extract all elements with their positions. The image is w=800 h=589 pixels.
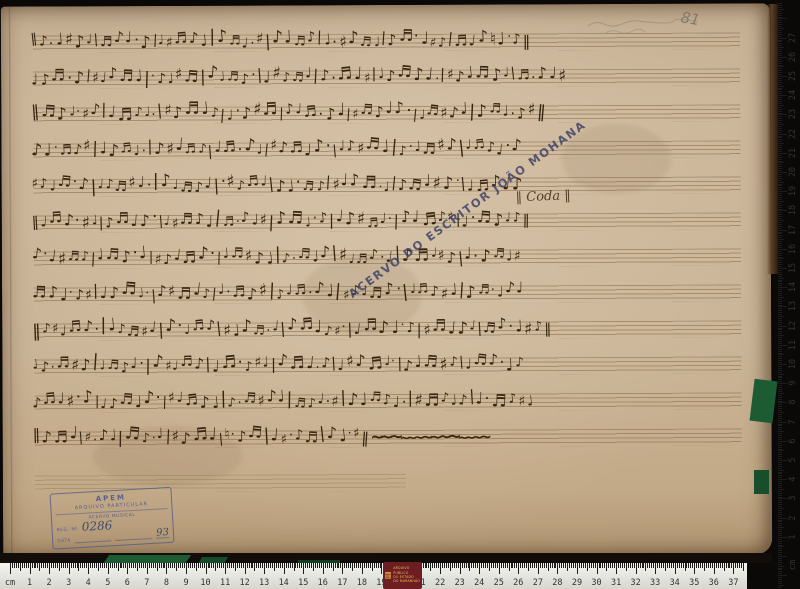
apem-reg-number: 0286 <box>82 520 113 532</box>
apem-date-blank <box>115 532 152 541</box>
staff-row: ♪♩·♬♪♯|♩♪♬♩·|♪♯♩♬♪|♩♬·♪♩|♯♪♬♩♪·|♩♪♯♬♩|♪·… <box>31 137 744 162</box>
handwritten-notes: ♬♪♩·♪♯|♩♪♬♩·|♪♯♬♩♪|♩·♬♪♯|♪♩♬·♪♩|♯♪♩♬♪·|♩… <box>32 276 745 307</box>
apem-date-year: 93 <box>156 528 169 539</box>
staff-row: ‖♬♪♩·♯♪|♩♬♪♩·|♯♪♬♩♪|♩·♪♯♬|♪♩♬·♪♩|♯♬♪♩♪·|… <box>31 101 744 126</box>
apem-date-blank <box>75 534 112 543</box>
staff-row: ‖♪♯♩♬♪·|♩♪♬♯♩|♪·♩♬♪|♯♩♪♬·♩|♪♬♩♪♯·|♩♬♪♩·♪… <box>32 317 745 342</box>
apem-date-label: DATA <box>57 539 71 545</box>
bottom-cm-ruler: cm12345678910111213141516171819202122232… <box>0 563 747 589</box>
scanned-manuscript-photo: ‖♪·♩♯♪♩|♬♪♩·♪|♩♯♬♪♩|♪♬♩·♯|♪♩♬♪|♩·♯♪♬♩|♪♬… <box>0 0 800 589</box>
right-cm-ruler: cm12345678910111213141516171819202122232… <box>778 0 800 589</box>
page-crease <box>9 7 13 558</box>
handwritten-notes: ‖♪♯♩♬♪·|♩♪♬♯♩|♪·♩♬♪|♯♩♪♬·♩|♪♬♩♪♯·|♩♬♪♩·♪… <box>32 312 745 343</box>
manuscript-page: ‖♪·♩♯♪♩|♬♪♩·♪|♩♯♬♪♩|♪♬♩·♯|♪♩♬♪|♩·♯♪♬♩|♪♬… <box>1 3 772 557</box>
handwritten-notes <box>33 464 746 467</box>
green-cloth-cover <box>754 470 769 494</box>
staff-row: ♯♪♩♬·♪|♩♪♬♯♩·|♪♩♬♪♩|·♯♪♬♩|♪♩·♬♪|♯♩♪♬·♩|♪… <box>32 173 745 198</box>
colonial-building-icon <box>385 567 391 584</box>
handwritten-notes: ♪♩·♬♪♯|♩♪♬♩·|♪♯♩♬♪|♩♬·♪♩|♯♪♬♩♪·|♩♪♯♬♩|♪·… <box>31 132 744 163</box>
pencil-scribble <box>586 12 706 39</box>
staff-row: ♬♪♩·♪♯|♩♪♬♩·|♪♯♬♩♪|♩·♬♪♯|♪♩♬·♪♩|♯♪♩♬♪·|♩… <box>32 281 745 306</box>
apem-archive-stamp: APEM ARQUIVO PARTICULAR ACERVO MUSICAL R… <box>50 487 175 550</box>
handwritten-notes: ♩♪♬·♪|♯♩♪♬♩|·♪♩♯♬|♪♩♬♪·|♩♯♪♬♩|♪·♬♩♯|♩♪♬♪… <box>31 60 744 91</box>
handwritten-notes: ♪♬♩♯·♪|♩♪♬♩♪·|♯♩♬♪♩|♪·♬♯♪♩|♬♪♩·♯|♪♩♬♪♩·|… <box>32 384 745 415</box>
staff-row: ‖♪♬♩|♯·♪♩|♬♪·♩|♯♪♬♩|♮·♪♬|♩♯·♪♬|♪♩·♯ ‖~~~… <box>33 425 746 450</box>
staff-lines <box>35 474 406 493</box>
book-page-edges <box>767 4 778 274</box>
staff-row: ♪♬♩♯·♪|♩♪♬♩♪·|♯♩♬♪♩|♪·♬♯♪♩|♬♪♩·♯|♪♩♬♪♩·|… <box>32 389 745 414</box>
green-cloth-cover <box>750 379 778 423</box>
handwritten-notes: ♯♪♩♬·♪|♩♪♬♯♩·|♪♩♬♪♩|·♯♪♬♩|♪♩·♬♪|♯♩♪♬·♩|♪… <box>32 168 745 199</box>
coda-annotation: ‖ Coda ‖ <box>515 188 571 205</box>
handwritten-notes: ♩♪·♬♯♪|♩♬♪♩·|♪♯♩♬♪|♩♬·♪♯♩|♪♬♩·♪|♩♯♪♬♩·|♪… <box>32 348 745 379</box>
staff-row: ♩♪·♬♯♪|♩♬♪♩·|♪♯♩♬♪|♩♬·♪♯♩|♪♬♩·♪|♩♯♪♬♩·|♪… <box>32 353 745 378</box>
staff-row: ♩♪♬·♪|♯♩♪♬♩|·♪♩♯♬|♪♩♬♪·|♩♯♪♬♩|♪·♬♩♯|♩♪♬♪… <box>31 65 744 90</box>
arquivo-publico-maranhao-logo: ARQUIVO PÚBLICO DO ESTADO DO MARANHÃO <box>383 562 422 589</box>
handwritten-notes: ‖♪♬♩|♯·♪♩|♬♪·♩|♯♪♬♩|♮·♪♬|♩♯·♪♬|♪♩·♯ ‖~~~… <box>33 420 746 451</box>
logo-text-line: DO MARANHÃO <box>393 580 420 583</box>
handwritten-notes: ‖♬♪♩·♯♪|♩♬♪♩·|♯♪♬♩♪|♩·♪♯♬|♪♩♬·♪♩|♯♬♪♩♪·|… <box>31 96 744 127</box>
handwritten-notes: ‖♩♬♪·♯♩|♪♬♩♪·|♩♯♬♪♩|♬·♪♩♯|♪♬♩·♪|♩♪♯♬♩·|♪… <box>32 204 745 235</box>
staff-row: ‖♩♬♪·♯♩|♪♬♩♪·|♩♯♬♪♩|♬·♪♩♯|♪♬♩·♪|♩♪♯♬♩·|♪… <box>32 209 745 234</box>
